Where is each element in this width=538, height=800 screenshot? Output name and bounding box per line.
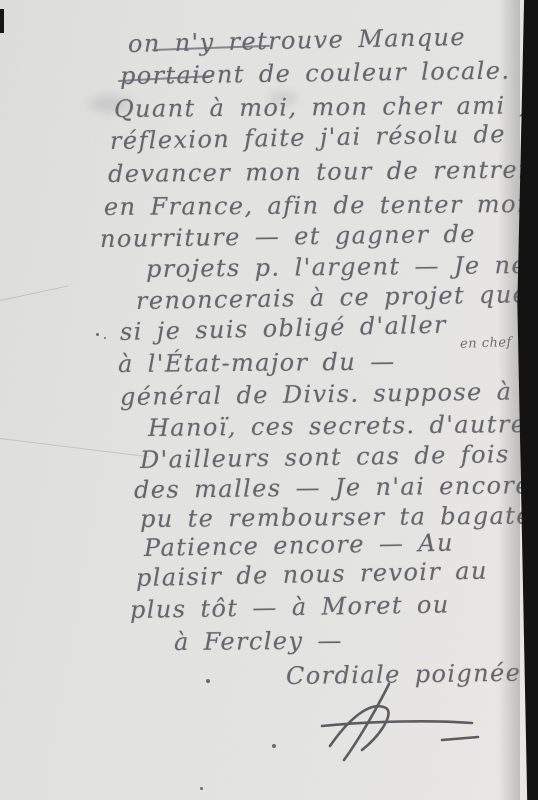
- ink-dot: [104, 337, 106, 339]
- signature-flourish-icon: [292, 676, 492, 768]
- letter-scan-page: on n'y retrouve Manque portaient de coul…: [0, 0, 538, 800]
- handwriting-line: renoncerais à ce projet que: [136, 280, 529, 315]
- paper-crease: [0, 438, 149, 457]
- handwriting-line: si je suis obligé d'aller: [120, 311, 448, 346]
- paper-crease: [0, 285, 69, 301]
- ink-dot: [272, 744, 276, 748]
- handwriting-line: en France, afin de tenter mon: [104, 190, 534, 221]
- signature-scribble: [292, 676, 492, 768]
- handwriting-line: à Fercley —: [174, 627, 343, 656]
- ink-dot: [200, 787, 203, 790]
- ink-dot: [96, 333, 99, 336]
- handwriting-line: nourriture — et gagner de: [100, 220, 476, 253]
- handwriting-line: des malles — Je n'ai encore: [134, 471, 531, 504]
- handwriting-line: plus tôt — à Moret ou: [130, 590, 450, 624]
- handwriting-line: Patience encore — Au: [144, 529, 454, 562]
- handwriting-line: plaisir de nous revoir au: [136, 557, 488, 592]
- scan-black-mark-left: [0, 9, 4, 33]
- handwriting-line: portaient de couleur locale.: [120, 57, 511, 90]
- superscript-insertion: en chef: [460, 335, 512, 352]
- ink-dot: [206, 679, 210, 683]
- handwriting-line: devancer mon tour de rentrer: [108, 156, 531, 188]
- handwriting-line: on n'y retrouve Manque: [128, 23, 467, 58]
- handwriting-line: pu te rembourser ta bagatelle.: [140, 501, 538, 533]
- handwriting-line: général de Divis. suppose à: [120, 378, 513, 411]
- handwriting-line: à l'État-major du —: [118, 348, 396, 378]
- handwriting-line: Hanoï, ces secrets. d'autre-: [148, 410, 536, 442]
- handwriting-line: réflexion faite j'ai résolu de: [110, 120, 506, 155]
- handwriting-line: Quant à moi, mon cher ami ;: [114, 91, 529, 123]
- handwriting-line: projets p. l'argent — Je ne: [146, 251, 527, 283]
- handwriting-line: D'ailleurs sont cas de fois: [140, 440, 510, 474]
